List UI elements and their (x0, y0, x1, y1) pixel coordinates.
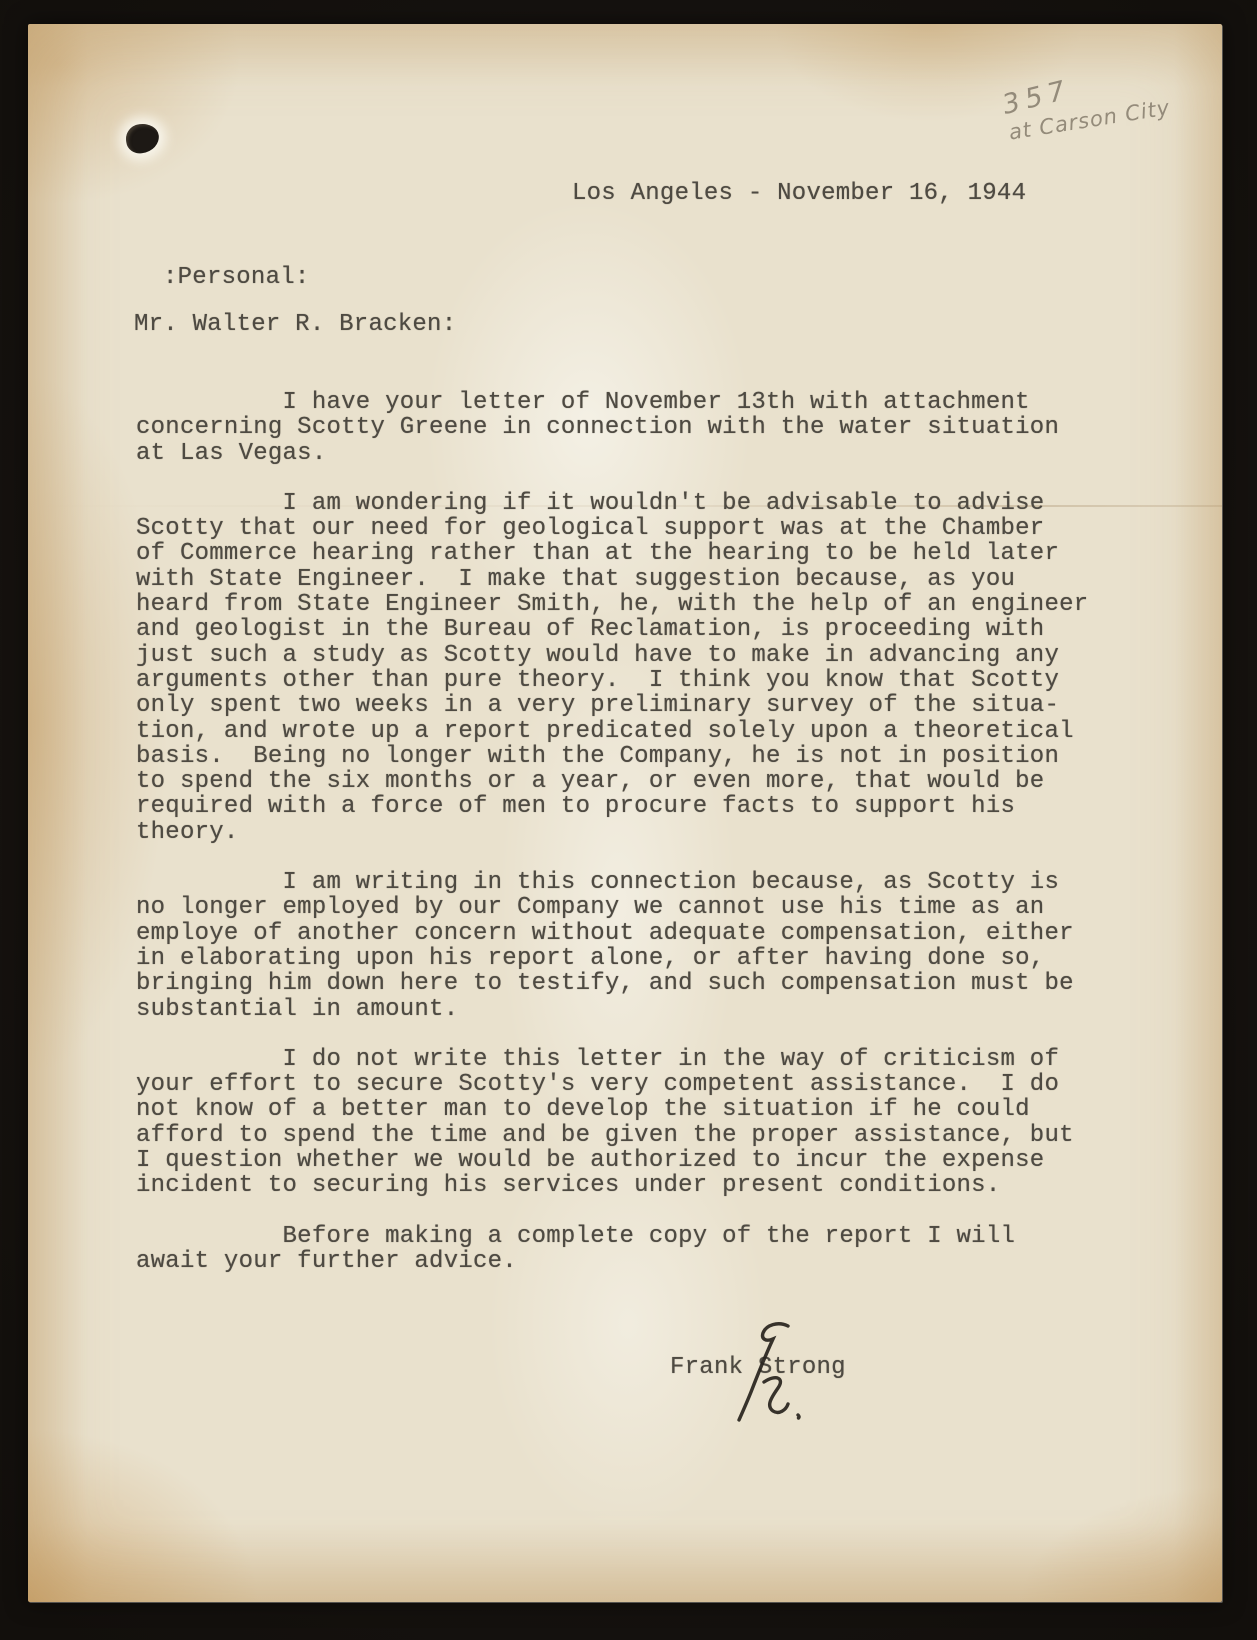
paragraph-3: I am writing in this connection because,… (136, 870, 1136, 1022)
paragraph-2: I am wondering if it wouldn't be advisab… (136, 491, 1136, 845)
letter-page: 357 at Carson City Los Angeles - Novembe… (28, 24, 1222, 1602)
handwritten-initials (706, 1316, 836, 1436)
recipient-line: Mr. Walter R. Bracken: (134, 311, 456, 338)
paragraph-4: I do not write this letter in the way of… (136, 1047, 1136, 1199)
punch-hole (124, 122, 161, 155)
personal-tag: :Personal: (163, 264, 310, 291)
letter-body: I have your letter of November 13th with… (136, 390, 1136, 1299)
signature-block: Frank Strong (670, 1328, 930, 1438)
paragraph-1: I have your letter of November 13th with… (136, 390, 1136, 466)
scanner-background: { "colors": { "scan_background": "#16120… (0, 0, 1257, 1640)
paragraph-5: Before making a complete copy of the rep… (136, 1224, 1136, 1275)
dateline: Los Angeles - November 16, 1944 (572, 180, 1026, 207)
